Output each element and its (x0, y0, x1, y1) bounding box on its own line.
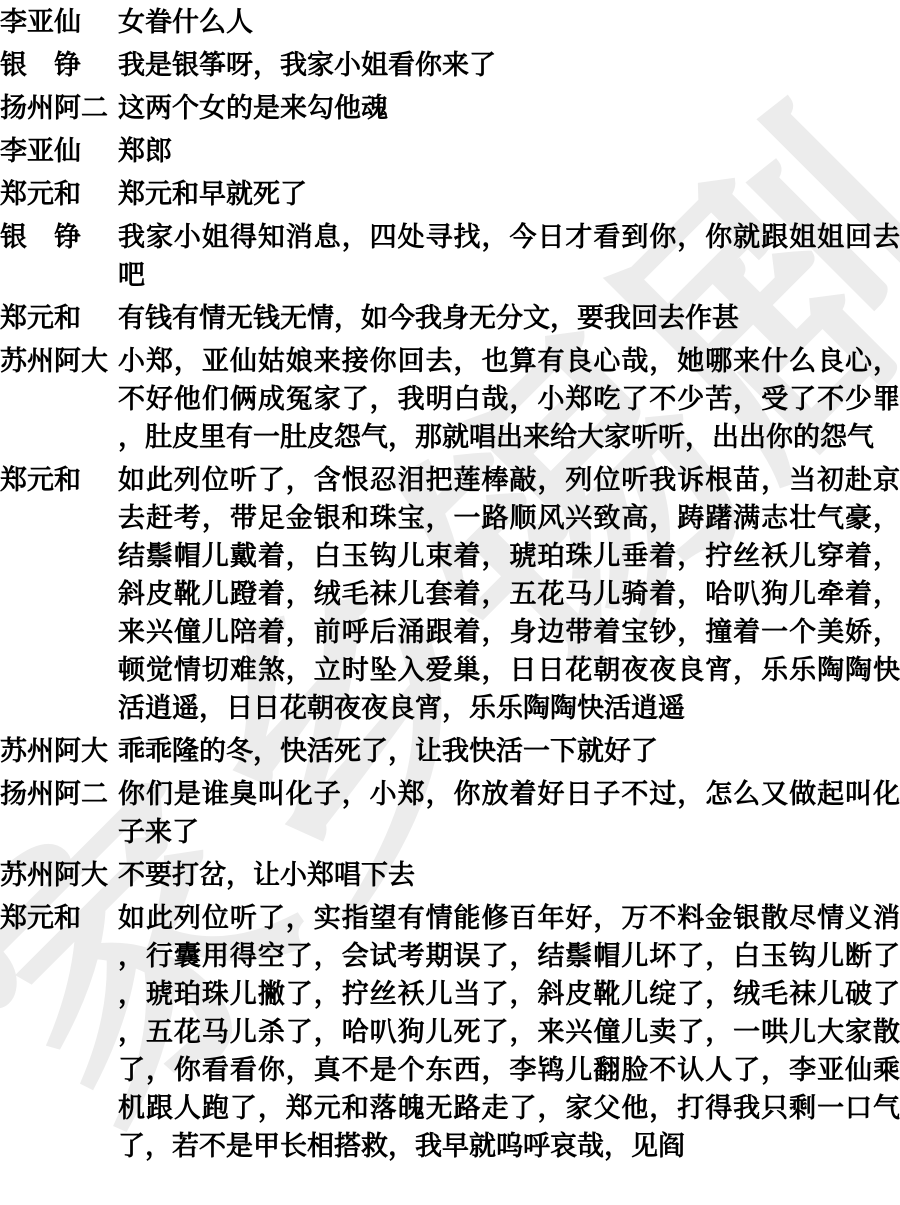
speech-row-8: 郑元和 如此列位听了，含恨忍泪把莲棒敲，列位听我诉根苗，当初赴京去赶考，带足金银… (0, 461, 900, 727)
speech-row-1: 银 铮 我是银筝呀，我家小姐看你来了 (0, 46, 900, 84)
speaker-name: 苏州阿大 (0, 732, 118, 770)
speech-row-0: 李亚仙 女眷什么人 (0, 3, 900, 41)
speaker-name: 郑元和 (0, 175, 118, 213)
speech-row-5: 银 铮 我家小姐得知消息，四处寻找，今日才看到你，你就跟姐姐回去吧 (0, 218, 900, 294)
speaker-name: 郑元和 (0, 461, 118, 499)
speech-row-11: 苏州阿大 不要打岔，让小郑唱下去 (0, 856, 900, 894)
speech-text: 你们是谁臭叫化子，小郑，你放着好日子不过，怎么又做起叫化子来了 (118, 779, 900, 847)
speech-text: 这两个女的是来勾他魂 (118, 93, 388, 123)
speech-text: 郑郎 (118, 136, 172, 166)
speech-text: 我家小姐得知消息，四处寻找，今日才看到你，你就跟姐姐回去吧 (118, 222, 900, 290)
speech-row-6: 郑元和 有钱有情无钱无情，如今我身无分文，要我回去作甚 (0, 299, 900, 337)
speech-list: 李亚仙 女眷什么人 银 铮 我是银筝呀，我家小姐看你来了 扬州阿二 这两个女的是… (0, 0, 900, 1165)
speech-text: 小郑，亚仙姑娘来接你回去，也算有良心哉，她哪来什么良心，不好他们俩成冤家了，我明… (118, 346, 900, 452)
speech-text: 如此列位听了，含恨忍泪把莲棒敲，列位听我诉根苗，当初赴京去赶考，带足金银和珠宝，… (118, 465, 900, 723)
speech-row-2: 扬州阿二 这两个女的是来勾他魂 (0, 89, 900, 127)
speech-text: 有钱有情无钱无情，如今我身无分文，要我回去作甚 (118, 303, 739, 333)
speaker-name: 苏州阿大 (0, 342, 118, 380)
speaker-name: 银 铮 (0, 218, 118, 256)
speaker-name: 郑元和 (0, 299, 118, 337)
script-page: 家乡锡剧 李亚仙 女眷什么人 银 铮 我是银筝呀，我家小姐看你来了 扬州阿二 这… (0, 0, 900, 1205)
speech-text: 郑元和早就死了 (118, 179, 307, 209)
speaker-name: 扬州阿二 (0, 775, 118, 813)
speaker-name: 银 铮 (0, 46, 118, 84)
speech-row-9: 苏州阿大 乖乖隆的冬，快活死了，让我快活一下就好了 (0, 732, 900, 770)
speaker-name: 李亚仙 (0, 3, 118, 41)
speaker-name: 苏州阿大 (0, 856, 118, 894)
speaker-name: 郑元和 (0, 899, 118, 937)
speech-text: 我是银筝呀，我家小姐看你来了 (118, 50, 496, 80)
speech-row-7: 苏州阿大 小郑，亚仙姑娘来接你回去，也算有良心哉，她哪来什么良心，不好他们俩成冤… (0, 342, 900, 456)
speaker-name: 李亚仙 (0, 132, 118, 170)
speaker-name: 扬州阿二 (0, 89, 118, 127)
speech-text: 女眷什么人 (118, 7, 253, 37)
speech-row-3: 李亚仙 郑郎 (0, 132, 900, 170)
speech-row-4: 郑元和 郑元和早就死了 (0, 175, 900, 213)
speech-text: 不要打岔，让小郑唱下去 (118, 860, 415, 890)
speech-text: 乖乖隆的冬，快活死了，让我快活一下就好了 (118, 736, 658, 766)
speech-row-12: 郑元和 如此列位听了，实指望有情能修百年好，万不料金银散尽情义消，行囊用得空了，… (0, 899, 900, 1165)
speech-row-10: 扬州阿二 你们是谁臭叫化子，小郑，你放着好日子不过，怎么又做起叫化子来了 (0, 775, 900, 851)
speech-text: 如此列位听了，实指望有情能修百年好，万不料金银散尽情义消，行囊用得空了，会试考期… (118, 903, 900, 1161)
